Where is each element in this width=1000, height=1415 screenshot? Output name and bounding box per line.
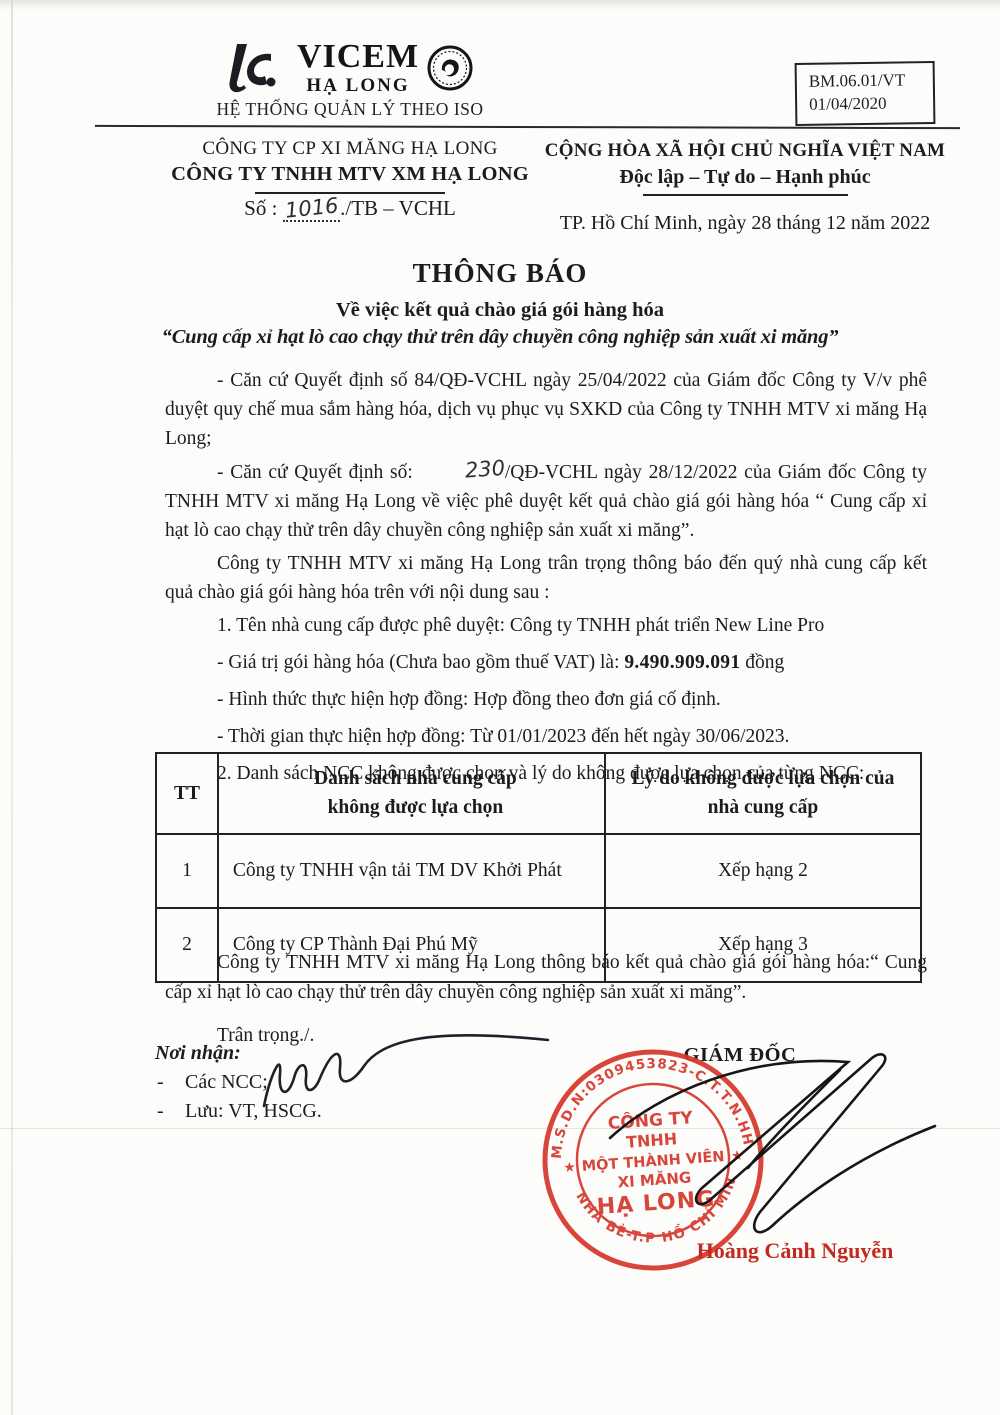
national-header-block: CỘNG HÒA XÃ HỘI CHỦ NGHĨA VIỆT NAM Độc l…	[530, 140, 960, 235]
header-reason-line2: nhà cung cấp	[612, 793, 914, 822]
form-code: BM.06.01/VT	[809, 69, 923, 94]
document-subtitle: Về việc kết quả chào giá gói hàng hóa	[100, 299, 900, 322]
vicem-logo-text: VICEM HẠ LONG	[297, 40, 419, 95]
cell-reason-1: Xếp hạng 2	[605, 834, 921, 908]
handwritten-ref-number: 1016	[284, 193, 340, 222]
paragraph-basis-2: - Căn cứ Quyết định số:230/QĐ-VCHL ngày …	[165, 457, 927, 545]
document-page: VICEM HẠ LONG HỆ THỐNG QUẢN LÝ THEO ISO …	[0, 0, 1000, 1415]
table-header-row: TT Danh sách nhà cung cấp không được lựa…	[156, 753, 921, 834]
header-reason-line1: Lý do không được lựa chọn của	[612, 764, 914, 793]
scan-edge-shadow	[0, 0, 1000, 10]
item-package-value: - Giá trị gói hàng hóa (Chưa bao gồm thu…	[165, 648, 927, 677]
form-date: 01/04/2020	[809, 92, 923, 117]
national-title: CỘNG HÒA XÃ HỘI CHỦ NGHĨA VIỆT NAM	[530, 140, 960, 162]
header-supplier-line1: Danh sách nhà cung cấp	[233, 764, 598, 793]
motto-underline	[643, 194, 848, 196]
price-value: 9.490.909.091	[624, 652, 740, 673]
basis2-pre: - Căn cứ Quyết định số:	[217, 462, 413, 483]
header-cell-tt: TT	[156, 753, 218, 834]
header-cell-reason: Lý do không được lựa chọn của nhà cung c…	[605, 753, 921, 834]
form-code-box: BM.06.01/VT 01/04/2020	[795, 61, 936, 126]
item-approved-supplier: 1. Tên nhà cung cấp được phê duyệt: Công…	[165, 611, 927, 640]
document-title-block: THÔNG BÁO Về việc kết quả chào giá gói h…	[100, 258, 900, 349]
ref-suffix: ./TB – VCHL	[340, 196, 456, 220]
header-supplier-line2: không được lựa chọn	[233, 793, 598, 822]
table-row: 1 Công ty TNHH vận tải TM DV Khởi Phát X…	[156, 834, 921, 908]
issuing-company-name: CÔNG TY TNHH MTV XM HẠ LONG	[140, 163, 560, 186]
logo-brand: VICEM	[297, 40, 419, 74]
stamp-star-left: ★	[563, 1160, 577, 1176]
director-signature	[590, 1040, 950, 1250]
closing-paragraph: Công ty TNHH MTV xi măng Hạ Long thông b…	[165, 948, 927, 1008]
document-body: - Căn cứ Quyết định số 84/QĐ-VCHL ngày 2…	[165, 366, 927, 792]
package-name-quote: “Cung cấp xỉ hạt lò cao chạy thử trên dâ…	[100, 326, 900, 349]
cell-supplier-1: Công ty TNHH vận tải TM DV Khởi Phát	[218, 834, 605, 908]
logo-brand-sub: HẠ LONG	[297, 76, 419, 95]
price-label: - Giá trị gói hàng hóa (Chưa bao gồm thu…	[217, 652, 624, 673]
handwritten-decision-number: 230	[412, 454, 506, 489]
paragraph-announcement: Công ty TNHH MTV xi măng Hạ Long trân tr…	[165, 549, 927, 607]
company-logo-block: VICEM HẠ LONG HỆ THỐNG QUẢN LÝ THEO ISO	[185, 40, 515, 120]
national-motto: Độc lập – Tự do – Hạnh phúc	[530, 166, 960, 189]
initial-scribble	[240, 1010, 560, 1120]
place-and-date: TP. Hồ Chí Minh, ngày 28 tháng 12 năm 20…	[530, 212, 960, 235]
item-contract-type: - Hình thức thực hiện hợp đồng: Hợp đồng…	[165, 685, 927, 714]
document-reference-number: Số : 1016./TB – VCHL	[140, 196, 560, 221]
dragon-seal-icon	[427, 45, 473, 91]
price-unit: đồng	[740, 652, 784, 673]
cell-tt-1: 1	[156, 834, 218, 908]
vicem-logo-icon	[227, 42, 289, 94]
parent-company-name: CÔNG TY CP XI MĂNG HẠ LONG	[140, 138, 560, 160]
ref-prefix: Số :	[244, 196, 277, 220]
scan-crease-vertical	[11, 0, 13, 1415]
header-cell-supplier: Danh sách nhà cung cấp không được lựa ch…	[218, 753, 605, 834]
item-contract-duration: - Thời gian thực hiện hợp đồng: Từ 01/01…	[165, 722, 927, 751]
issuer-underline	[255, 192, 445, 194]
iso-management-line: HỆ THỐNG QUẢN LÝ THEO ISO	[185, 99, 515, 120]
signer-name: Hoàng Cảnh Nguyễn	[640, 1238, 950, 1264]
header-divider	[95, 125, 960, 129]
paragraph-basis-1: - Căn cứ Quyết định số 84/QĐ-VCHL ngày 2…	[165, 366, 927, 453]
document-title: THÔNG BÁO	[100, 258, 900, 289]
ref-dotted-field: 1016	[283, 196, 340, 222]
issuer-block: CÔNG TY CP XI MĂNG HẠ LONG CÔNG TY TNHH …	[140, 138, 560, 221]
